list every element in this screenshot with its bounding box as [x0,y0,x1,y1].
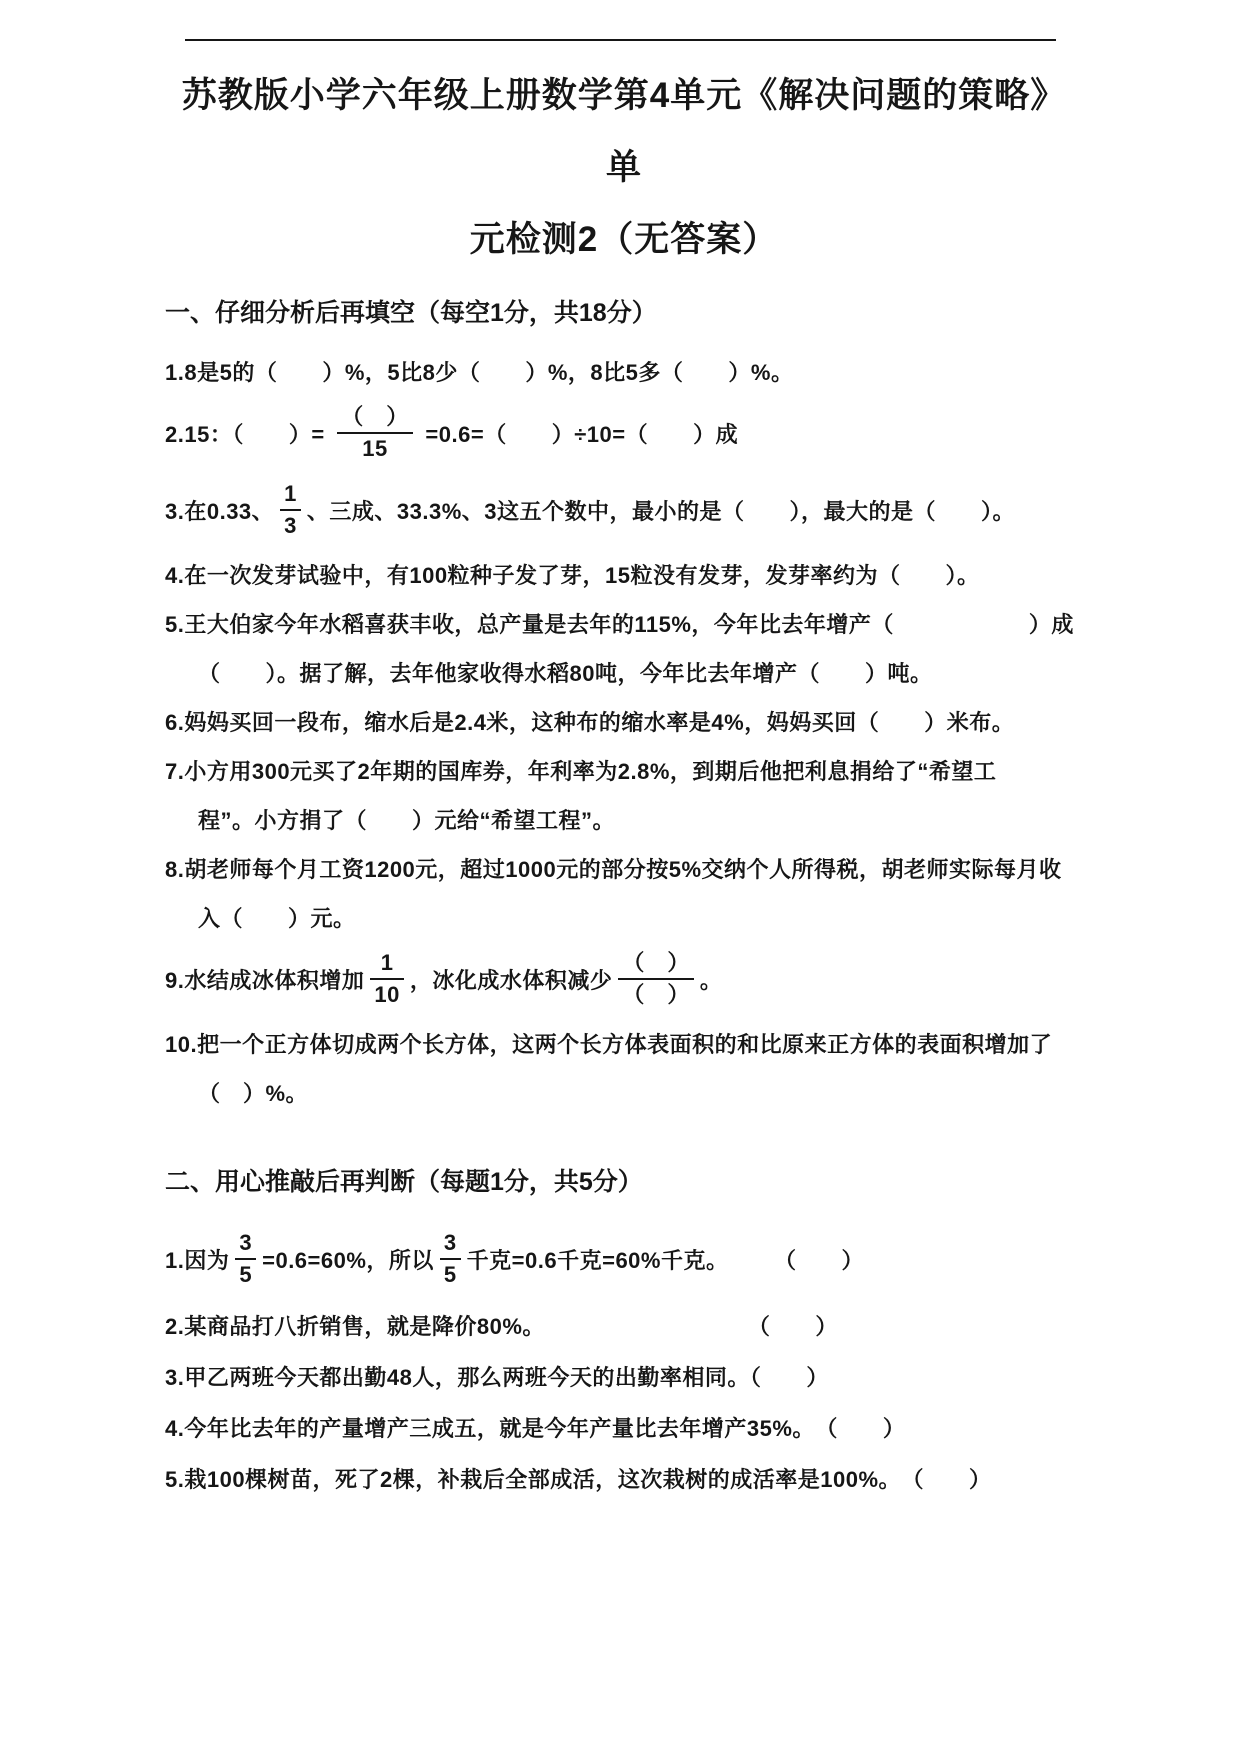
section-1-questions: 1.8是5的（ ）%，5比8少（ ）%，8比5多（ ）%。2.15：（ ）= （… [165,358,1083,1109]
question-line: 3.甲乙两班今天都出勤48人，那么两班今天的出勤率相同。（ ） [165,1363,1083,1393]
page-content: 苏教版小学六年级上册数学第4单元《解决问题的策略》单元检测2（无答案） 一、仔细… [165,60,1083,1516]
question-line: 4.今年比去年的产量增产三成五，就是今年产量比去年增产35%。 （ ） [165,1414,1083,1444]
worksheet-page: 苏教版小学六年级上册数学第4单元《解决问题的策略》单元检测2（无答案） 一、仔细… [0,0,1241,1754]
question-line: 1.8是5的（ ）%，5比8少（ ）%，8比5多（ ）%。 [165,358,1083,388]
fraction: 13 [280,481,301,539]
document-title: 苏教版小学六年级上册数学第4单元《解决问题的策略》单元检测2（无答案） [165,60,1083,276]
section-true-false: 二、用心推敲后再判断（每题1分，共5分） 1.因为35=0.6=60%，所以35… [165,1165,1083,1495]
question-line: 入（ ）元。 [165,904,1083,934]
question-line: 5.王大伯家今年水稻喜获丰收，总产量是去年的115%，今年比去年增产（ ）成 [165,610,1083,640]
document-title-line2: 元检测2（无答案） [470,220,778,259]
section-fill-in-blanks: 一、仔细分析后再填空（每空1分，共18分） 1.8是5的（ ）%，5比8少（ ）… [165,296,1083,1109]
section-2-questions: 1.因为35=0.6=60%，所以35千克=0.6千克=60%千克。 （ ）2.… [165,1233,1083,1495]
question-line: 1.因为35=0.6=60%，所以35千克=0.6千克=60%千克。 （ ） [165,1233,1083,1291]
fraction-numerator: 1 [370,950,403,980]
fraction: 35 [440,1230,461,1288]
fraction: 110 [370,950,403,1008]
document-title-line1: 苏教版小学六年级上册数学第4单元《解决问题的策略》单 [182,76,1066,187]
question-line: 6.妈妈买回一段布，缩水后是2.4米，这种布的缩水率是4%，妈妈买回（ ）米布。 [165,708,1083,738]
fraction-denominator: 3 [280,511,301,539]
question-line: 7.小方用300元买了2年期的国库券，年利率为2.8%，到期后他把利息捐给了“希… [165,757,1083,787]
question-line: 10.把一个正方体切成两个长方体，这两个长方体表面积的和比原来正方体的表面积增加… [165,1030,1083,1060]
question-line: 4.在一次发芽试验中，有100粒种子发了芽，15粒没有发芽，发芽率约为（ ）。 [165,561,1083,591]
question-line: 5.栽100棵树苗，死了2棵，补栽后全部成活，这次栽树的成活率是100%。 （ … [165,1465,1083,1495]
fraction-numerator: （ ） [618,950,694,980]
fraction: （ ）（ ） [618,950,694,1008]
fraction-denominator: 5 [440,1260,461,1288]
section-2-heading: 二、用心推敲后再判断（每题1分，共5分） [165,1165,1083,1199]
question-line: 3.在0.33、13、三成、33.3%、3这五个数中，最小的是（ ），最大的是（… [165,484,1083,542]
fraction: （ ）15 [337,404,413,462]
question-line: 2.某商品打八折销售，就是降价80%。 （ ） [165,1312,1083,1342]
fraction-denominator: 15 [337,434,413,462]
fraction-denominator: 10 [370,980,403,1008]
fraction-numerator: 3 [235,1230,256,1260]
fraction-denominator: 5 [235,1260,256,1288]
fraction-numerator: 1 [280,481,301,511]
question-line: （ ）。据了解，去年他家收得水稻80吨，今年比去年增产（ ）吨。 [165,659,1083,689]
header-rule [185,39,1056,41]
fraction-denominator: （ ） [618,980,694,1008]
question-line: 2.15：（ ）= （ ）15 =0.6=（ ）÷10=（ ）成 [165,407,1083,465]
fraction-numerator: （ ） [337,404,413,434]
fraction-numerator: 3 [440,1230,461,1260]
question-line: 8.胡老师每个月工资1200元，超过1000元的部分按5%交纳个人所得税，胡老师… [165,855,1083,885]
question-line: 程”。小方捐了（ ）元给“希望工程”。 [165,806,1083,836]
fraction: 35 [235,1230,256,1288]
section-1-heading: 一、仔细分析后再填空（每空1分，共18分） [165,296,1083,330]
question-line: 9.水结成冰体积增加110，冰化成水体积减少（ ）（ ）。 [165,953,1083,1011]
question-line: （ ）%。 [165,1079,1083,1109]
